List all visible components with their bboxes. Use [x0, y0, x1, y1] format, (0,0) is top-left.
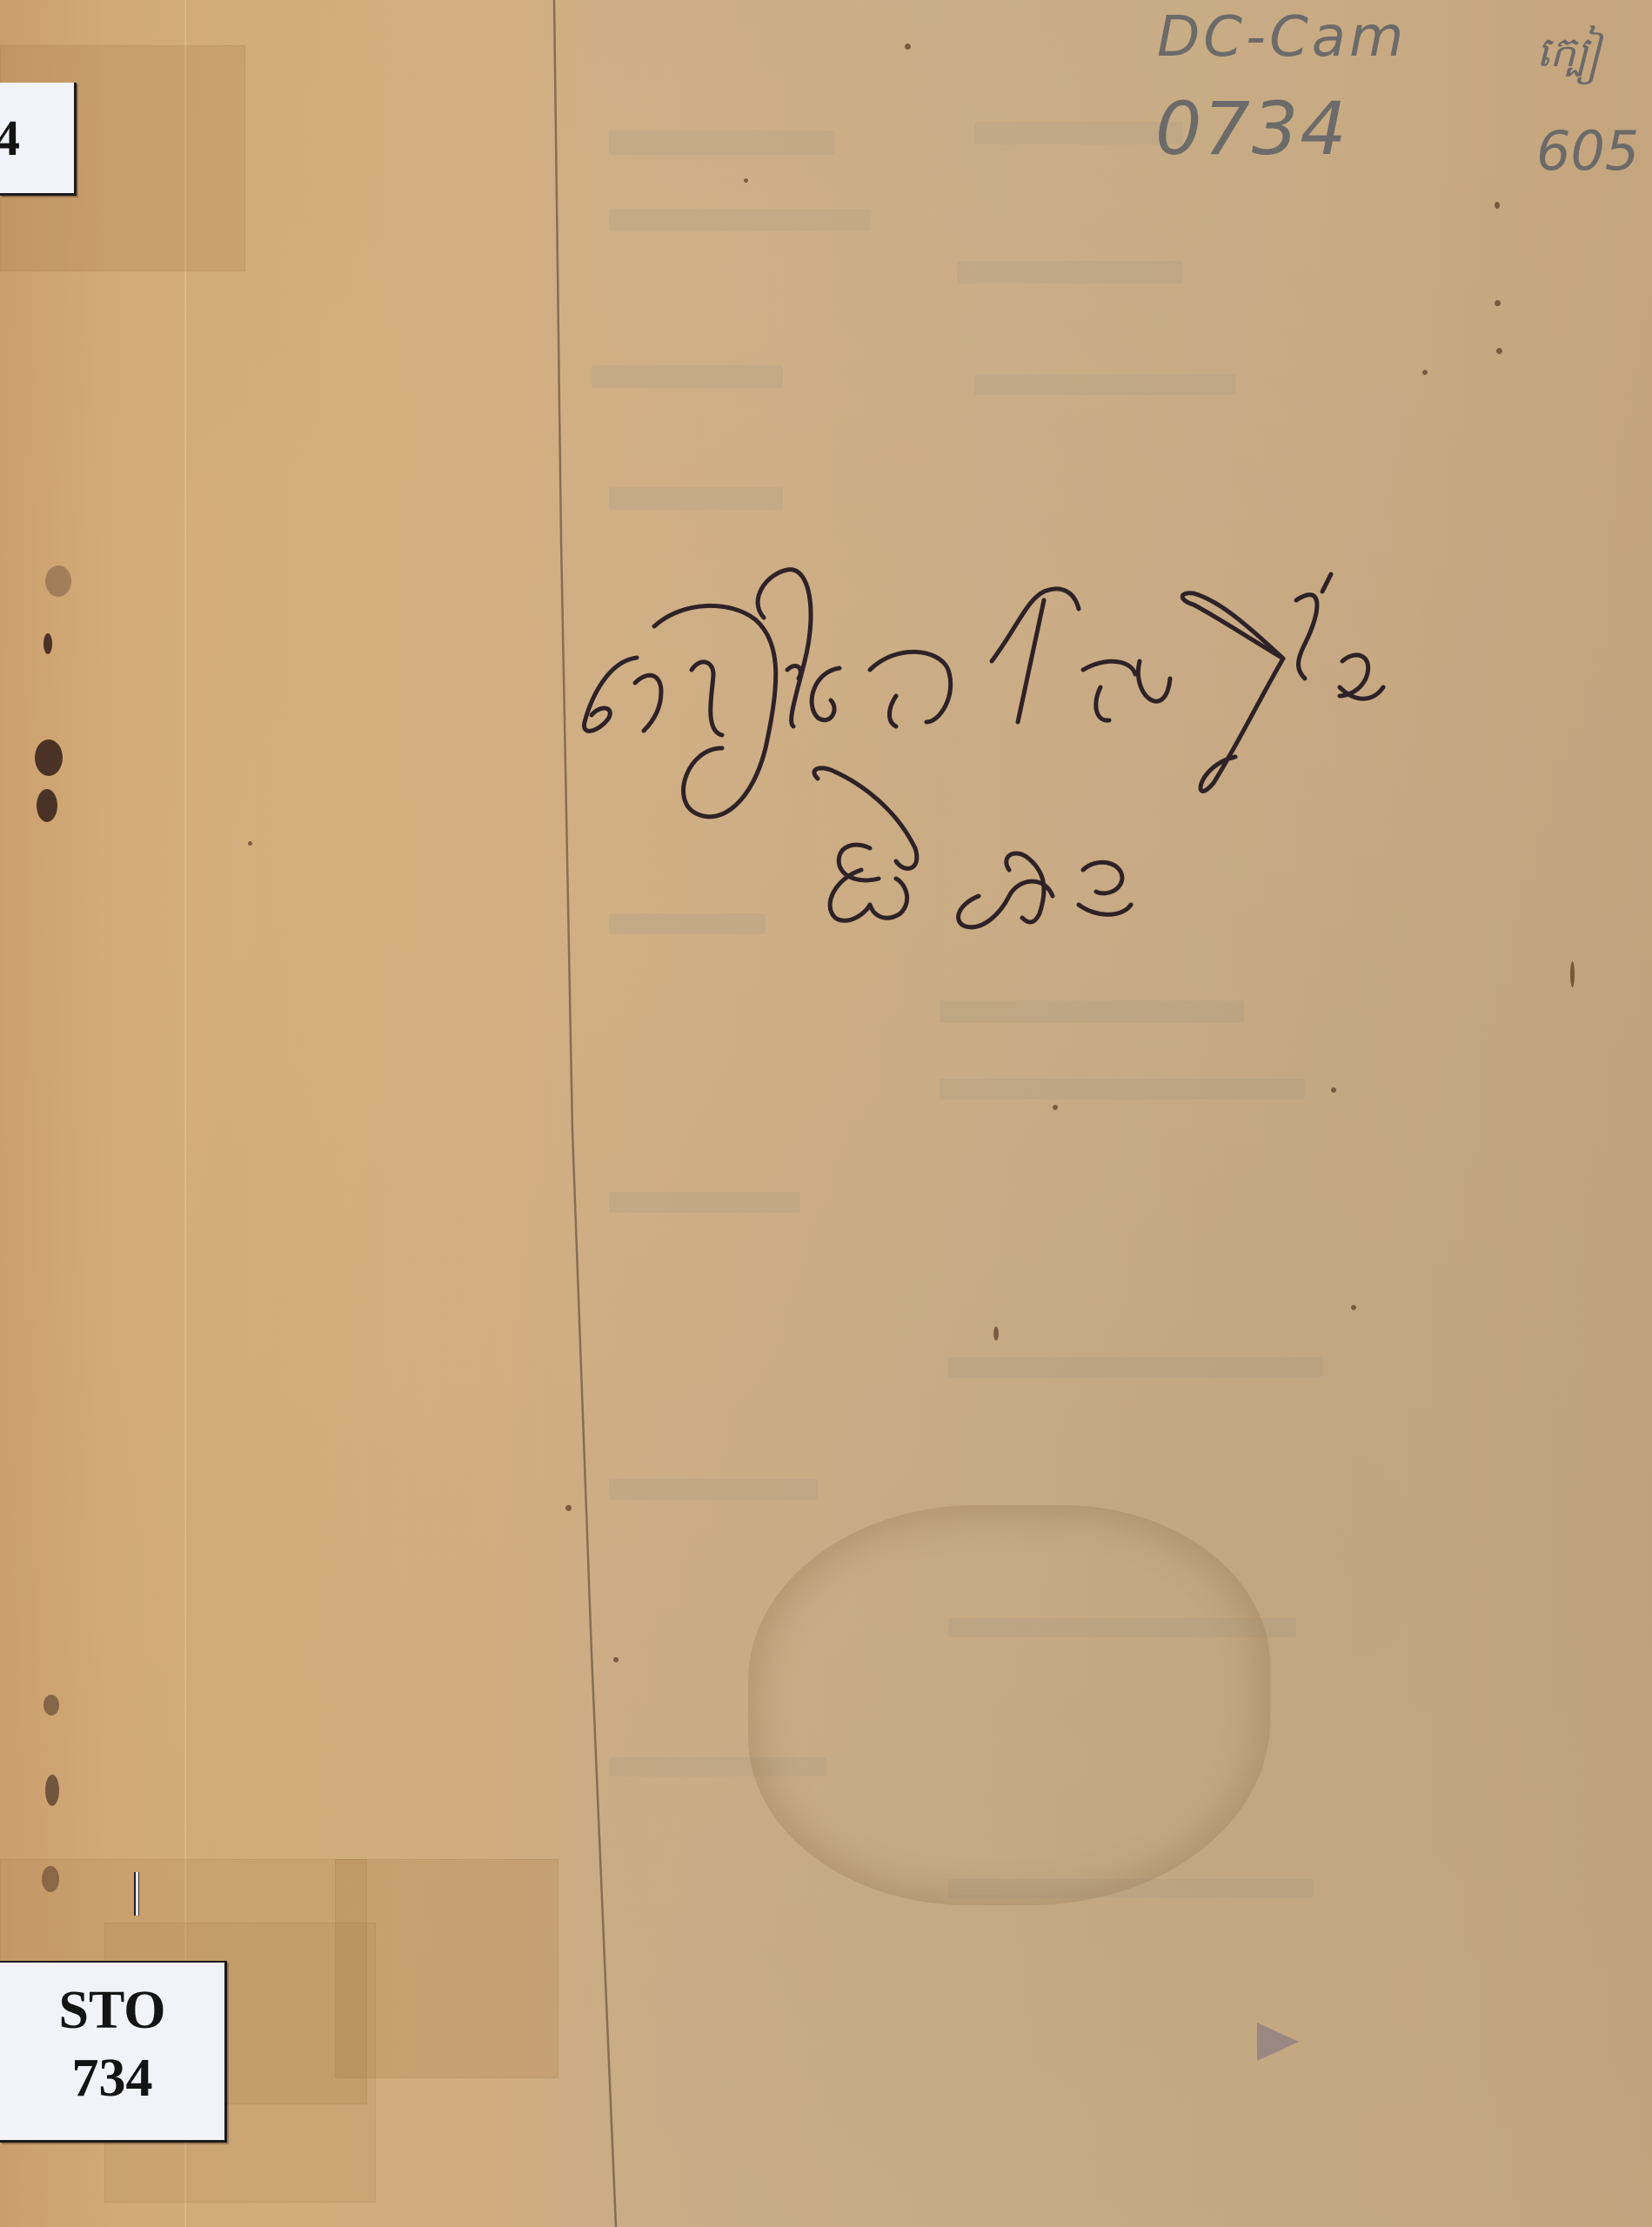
- shelf-label-bottom: STO 734: [0, 1961, 227, 2143]
- shelf-label-top-text: 4: [0, 110, 20, 166]
- staple: [134, 1872, 139, 1916]
- khmer-number-annotation: 605: [1536, 120, 1639, 183]
- khmer-note-annotation: ក្បៀ: [1536, 26, 1601, 78]
- archive-name-annotation: DC-Cam: [1157, 7, 1407, 68]
- book-cover: 4 STO 734 DC-Cam 0734 ក្បៀ 605: [0, 0, 1652, 2227]
- archive-number-annotation: 0734: [1155, 87, 1348, 171]
- arrow-mark: [1257, 2023, 1299, 2061]
- shelf-label-top: 4: [0, 83, 77, 196]
- shelf-label-code: STO: [0, 1982, 224, 2039]
- shelf-label-number: 734: [0, 2050, 224, 2107]
- water-stain: [748, 1505, 1270, 1905]
